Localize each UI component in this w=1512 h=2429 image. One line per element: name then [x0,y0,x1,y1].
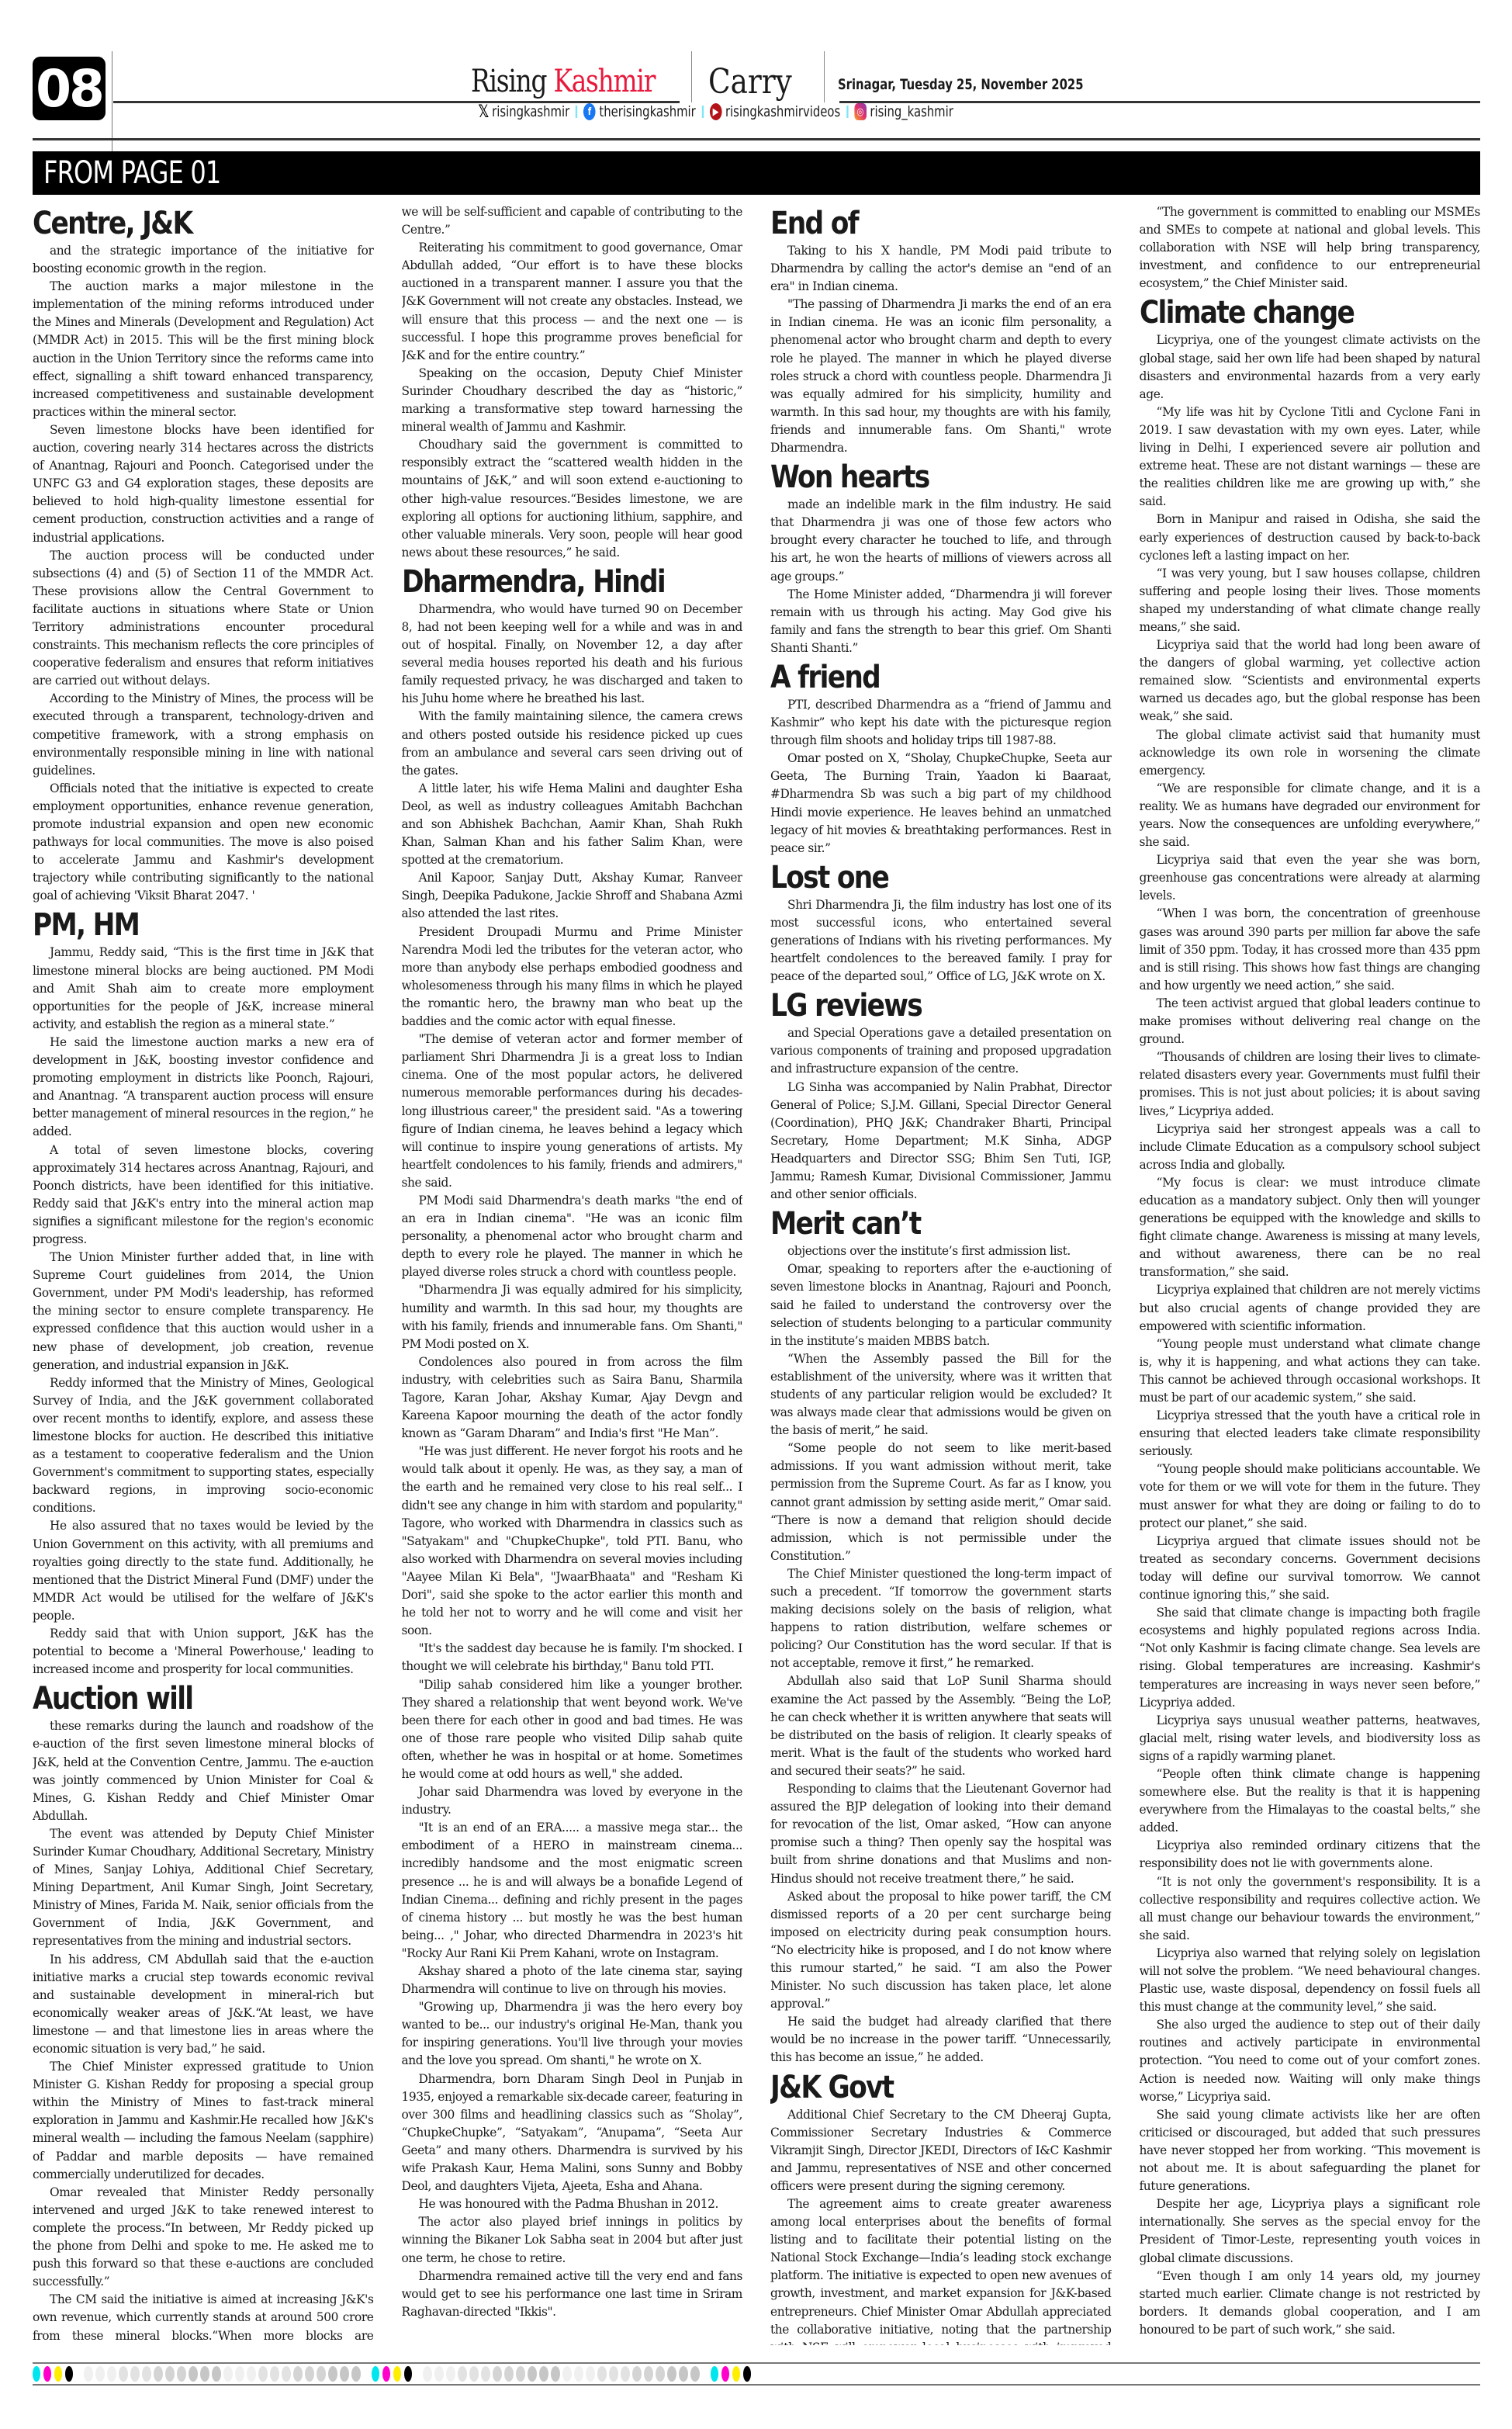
grey-steps [84,2366,361,2382]
grey-patch [282,2366,291,2382]
social-divider [576,106,577,118]
article-paragraph: Licypriya also warned that relying solel… [1140,1945,1481,2016]
grey-patch [516,2366,525,2382]
social-handle: risingkashmirvideos [725,103,840,120]
instagram-icon: ◎ [854,103,867,120]
grey-patch [84,2366,93,2382]
grey-patch [458,2366,467,2382]
article-paragraph: "The demise of veteran actor and former … [402,1031,743,1192]
article-paragraph: The Home Minister added, “Dharmendra ji … [770,586,1112,657]
article-paragraph: With the family maintaining silence, the… [402,708,743,779]
youtube-icon: ▶ [710,103,722,120]
grey-patch [644,2366,653,2382]
article-paragraph: The Chief Minister expressed gratitude t… [33,2058,374,2184]
grey-patch [656,2366,665,2382]
grey-patch [434,2366,444,2382]
grey-patch [621,2366,630,2382]
article-paragraph: Dharmendra remained active till the very… [402,2268,743,2321]
grey-patch [551,2366,560,2382]
article-paragraph: “When the Assembly passed the Bill for t… [770,1350,1112,1440]
article-paragraph: A total of seven limestone blocks, cover… [33,1142,374,1249]
article-columns: Centre, J&Kand the strategic importance … [33,203,1480,2345]
article-paragraph: "He was just different. He never forgot … [402,1443,743,1640]
article-paragraph: Akshay shared a photo of the late cinema… [402,1963,743,1998]
masthead-separator [824,51,825,102]
color-patch [33,2366,40,2382]
grey-patch [586,2366,595,2382]
social-handle: risingkashmir [492,103,569,120]
article-paragraph: these remarks during the launch and road… [33,1717,374,1825]
article-paragraph: and the strategic importance of the init… [33,242,374,278]
color-patch [43,2366,51,2382]
facebook-icon: f [583,103,596,120]
article-paragraph: Shri Dharmendra Ji, the film industry ha… [770,896,1112,986]
page-number-badge: 08 [33,57,106,120]
article-paragraph: Licypriya also reminded ordinary citizen… [1140,1837,1481,1873]
grey-patch [107,2366,116,2382]
article-paragraph: Reddy informed that the Ministry of Mine… [33,1374,374,1518]
article-paragraph: Licypriya says unusual weather patterns,… [1140,1712,1481,1765]
article-paragraph: The event was attended by Deputy Chief M… [33,1825,374,1951]
article-paragraph: The actor also played brief innings in p… [402,2213,743,2267]
article-paragraph: The teen activist argued that global lea… [1140,995,1481,1048]
grey-patch [200,2366,209,2382]
article-paragraph: PTI, described Dharmendra as a “friend o… [770,696,1112,750]
color-patch [721,2366,729,2382]
section-banner: FROM PAGE 01 [33,151,1480,195]
article-paragraph: He was honoured with the Padma Bhushan i… [402,2195,743,2213]
article-paragraph: Responding to claims that the Lieutenant… [770,1780,1112,1888]
grey-patch [528,2366,537,2382]
grey-patch [481,2366,490,2382]
color-patch [732,2366,740,2382]
article-paragraph: made an indelible mark in the film indus… [770,496,1112,585]
social-instagram[interactable]: ◎rising_kashmir [854,103,953,120]
article-paragraph: Taking to his X handle, PM Modi paid tri… [770,242,1112,296]
article-paragraph: “Some people do not seem to like merit-b… [770,1440,1112,1565]
grey-patch [469,2366,479,2382]
article-heading[interactable]: Centre, J&K [33,206,326,241]
article-paragraph: Reddy said that with Union support, J&K … [33,1625,374,1679]
article-paragraph: Abdullah also said that LoP Sunil Sharma… [770,1672,1112,1780]
article-paragraph: Licypriya said her strongest appeals was… [1140,1121,1481,1174]
column-1: Centre, J&Kand the strategic importance … [33,203,374,2345]
article-paragraph: "The passing of Dharmendra Ji marks the … [770,296,1112,457]
article-heading[interactable]: End of [770,206,1064,241]
social-divider [846,106,848,118]
color-patch [382,2366,390,2382]
article-heading[interactable]: Lost one [770,861,1064,895]
color-patch [743,2366,751,2382]
color-patch [372,2366,379,2382]
article-paragraph: Reiterating his commitment to good gover… [402,239,743,365]
article-paragraph: Licypriya argued that climate issues sho… [1140,1533,1481,1604]
brand-rising: Rising [471,64,546,99]
grey-patch [493,2366,502,2382]
article-paragraph: According to the Ministry of Mines, the … [33,690,374,779]
article-paragraph: “We are responsible for climate change, … [1140,780,1481,851]
masthead-separator [691,51,692,102]
grey-patch [270,2366,279,2382]
article-paragraph: Licypriya explained that children are no… [1140,1281,1481,1335]
article-paragraph: “I was very young, but I saw houses coll… [1140,565,1481,636]
grey-patch [690,2366,700,2382]
article-paragraph: Choudhary said the government is committ… [402,436,743,562]
article-paragraph: The global climate activist said that hu… [1140,726,1481,780]
article-paragraph: Born in Manipur and raised in Odisha, sh… [1140,511,1481,564]
article-paragraph: PM Modi said Dharmendra's death marks "t… [402,1192,743,1281]
grey-patch [351,2366,361,2382]
article-paragraph: A little later, his wife Hema Malini and… [402,780,743,869]
article-paragraph: objections over the institute’s first ad… [770,1242,1112,1260]
article-paragraph: Additional Chief Secretary to the CM Dhe… [770,2106,1112,2195]
article-paragraph: Omar revealed that Minister Reddy person… [33,2184,374,2292]
article-heading[interactable]: Auction will [33,1682,326,1716]
article-heading[interactable]: Merit can’t [770,1207,1064,1241]
article-heading[interactable]: Won hearts [770,460,1064,494]
article-paragraph: Seven limestone blocks have been identif… [33,421,374,547]
grey-patch [504,2366,514,2382]
article-paragraph: “Thousands of children are losing their … [1140,1048,1481,1120]
grey-patch [223,2366,233,2382]
masthead-logo[interactable]: Rising Kashmir [471,64,655,99]
article-paragraph: Licypriya said that the world had long b… [1140,636,1481,726]
column-3: End ofTaking to his X handle, PM Modi pa… [770,203,1112,2345]
grey-patch [667,2366,676,2382]
color-patches [711,2366,751,2382]
grey-patch [235,2366,244,2382]
article-paragraph: “When I was born, the concentration of g… [1140,905,1481,994]
grey-patch [247,2366,256,2382]
article-paragraph: "It's the saddest day because he is fami… [402,1640,743,1675]
article-paragraph: “Young people should make politicians ac… [1140,1461,1481,1532]
grey-patch [328,2366,337,2382]
header-rule-bottom [33,138,1480,140]
social-handle: rising_kashmir [870,103,953,120]
section-name: Carry [708,62,792,102]
social-x[interactable]: 𝕏risingkashmir [479,103,569,120]
article-paragraph: "Dharmendra Ji was equally admired for h… [402,1281,743,1353]
article-paragraph: we will be self-sufficient and capable o… [402,203,743,239]
article-paragraph: “Young people must understand what clima… [1140,1336,1481,1407]
article-paragraph: President Droupadi Murmu and Prime Minis… [402,923,743,1031]
grey-patch [305,2366,314,2382]
article-paragraph: He also assured that no taxes would be l… [33,1517,374,1625]
article-heading[interactable]: Dharmendra, Hindi [402,565,695,599]
article-paragraph: “The government is committed to enabling… [1140,203,1481,293]
article-paragraph: Officials noted that the initiative is e… [33,780,374,906]
article-paragraph: "Dilip sahab considered him like a young… [402,1676,743,1784]
grey-patch [293,2366,303,2382]
print-registration-bar [33,2362,1480,2386]
article-paragraph: Omar, speaking to reporters after the e-… [770,1260,1112,1350]
article-paragraph: She said that climate change is impactin… [1140,1604,1481,1712]
article-paragraph: Dharmendra, who would have turned 90 on … [402,601,743,709]
grey-patch [317,2366,326,2382]
color-patch [404,2366,412,2382]
article-paragraph: The agreement aims to create greater awa… [770,2195,1112,2345]
grey-patch [539,2366,548,2382]
grey-patch [165,2366,175,2382]
color-patches [372,2366,412,2382]
article-heading[interactable]: PM, HM [33,908,326,942]
section-banner-label: FROM PAGE 01 [43,151,221,195]
color-patch [65,2366,73,2382]
grey-patch [177,2366,186,2382]
grey-patch [574,2366,583,2382]
header-divider [112,51,112,152]
color-patch [393,2366,401,2382]
grey-patch [609,2366,618,2382]
article-paragraph: She said young climate activists like he… [1140,2106,1481,2195]
article-paragraph: Omar posted on X, “Sholay, ChupkeChupke,… [770,750,1112,858]
article-paragraph: "It is an end of an ERA..... a massive m… [402,1819,743,1963]
grey-patch [562,2366,572,2382]
article-paragraph: The Chief Minister questioned the long-t… [770,1565,1112,1673]
article-paragraph: Licypriya stressed that the youth have a… [1140,1407,1481,1461]
article-paragraph: “It is not only the government's respons… [1140,1873,1481,1945]
grey-patch [95,2366,105,2382]
grey-patch [258,2366,268,2382]
article-paragraph: “Even though I am only 14 years old, my … [1140,2268,1481,2339]
article-paragraph: Johar said Dharmendra was loved by every… [402,1783,743,1819]
article-paragraph: In his address, CM Abdullah said that th… [33,1951,374,2059]
article-heading[interactable]: A friend [770,660,1064,695]
article-paragraph: Anil Kapoor, Sanjay Dutt, Akshay Kumar, … [402,869,743,923]
article-paragraph: Licypriya, one of the youngest climate a… [1140,331,1481,403]
social-youtube[interactable]: ▶risingkashmirvideos [710,103,841,120]
article-paragraph: Licypriya said that even the year she wa… [1140,851,1481,905]
grey-patch [142,2366,151,2382]
article-heading[interactable]: LG reviews [770,989,1064,1023]
x-icon: 𝕏 [479,103,488,120]
grey-patch [189,2366,198,2382]
article-paragraph: Dharmendra, born Dharam Singh Deol in Pu… [402,2070,743,2196]
article-paragraph: The auction process will be conducted un… [33,547,374,691]
article-paragraph: He said the limestone auction marks a ne… [33,1034,374,1142]
article-paragraph: LG Sinha was accompanied by Nalin Prabha… [770,1079,1112,1204]
article-paragraph: “My focus is clear: we must introduce cl… [1140,1174,1481,1282]
article-paragraph: Condolences also poured in from across t… [402,1353,743,1443]
article-heading[interactable]: J&K Govt [770,2070,1064,2105]
social-handles: 𝕏risingkashmir ftherisingkashmir ▶rising… [479,103,953,120]
grey-patch [632,2366,642,2382]
article-paragraph: Speaking on the occasion, Deputy Chief M… [402,365,743,436]
color-patch [54,2366,62,2382]
social-facebook[interactable]: ftherisingkashmir [583,103,696,120]
article-paragraph: The Union Minister further added that, i… [33,1249,374,1374]
article-paragraph: and Special Operations gave a detailed p… [770,1024,1112,1078]
grey-patch [119,2366,128,2382]
article-paragraph: Despite her age, Licypriya plays a signi… [1140,2195,1481,2267]
article-paragraph: Asked about the proposal to hike power t… [770,1888,1112,2014]
grey-patch [154,2366,163,2382]
social-handle: therisingkashmir [599,103,695,120]
grey-patch [340,2366,349,2382]
dateline: Srinagar, Tuesday 25, November 2025 [838,76,1084,93]
grey-patch [597,2366,607,2382]
article-paragraph: He said the budget had already clarified… [770,2013,1112,2067]
column-2: we will be self-sufficient and capable o… [402,203,743,2345]
color-patch [711,2366,718,2382]
grey-patch [446,2366,455,2382]
grey-patch [130,2366,140,2382]
color-patches [33,2366,73,2382]
brand-kashmir: Kashmir [553,64,655,99]
article-heading[interactable]: Climate change [1140,296,1433,330]
column-4: “The government is committed to enabling… [1140,203,1481,2345]
grey-patch [679,2366,688,2382]
grey-steps [423,2366,700,2382]
grey-patch [423,2366,432,2382]
article-paragraph: "Growing up, Dharmendra ji was the hero … [402,1998,743,2070]
article-paragraph: “People often think climate change is ha… [1140,1765,1481,1837]
article-paragraph: The auction marks a major milestone in t… [33,278,374,421]
article-paragraph: Jammu, Reddy said, “This is the first ti… [33,944,374,1033]
social-divider [702,106,704,118]
article-paragraph: “My life was hit by Cyclone Titli and Cy… [1140,404,1481,511]
article-paragraph: She also urged the audience to step out … [1140,2016,1481,2105]
grey-patch [212,2366,221,2382]
article-paragraph: The CM said the initiative is aimed at i… [33,2291,374,2345]
